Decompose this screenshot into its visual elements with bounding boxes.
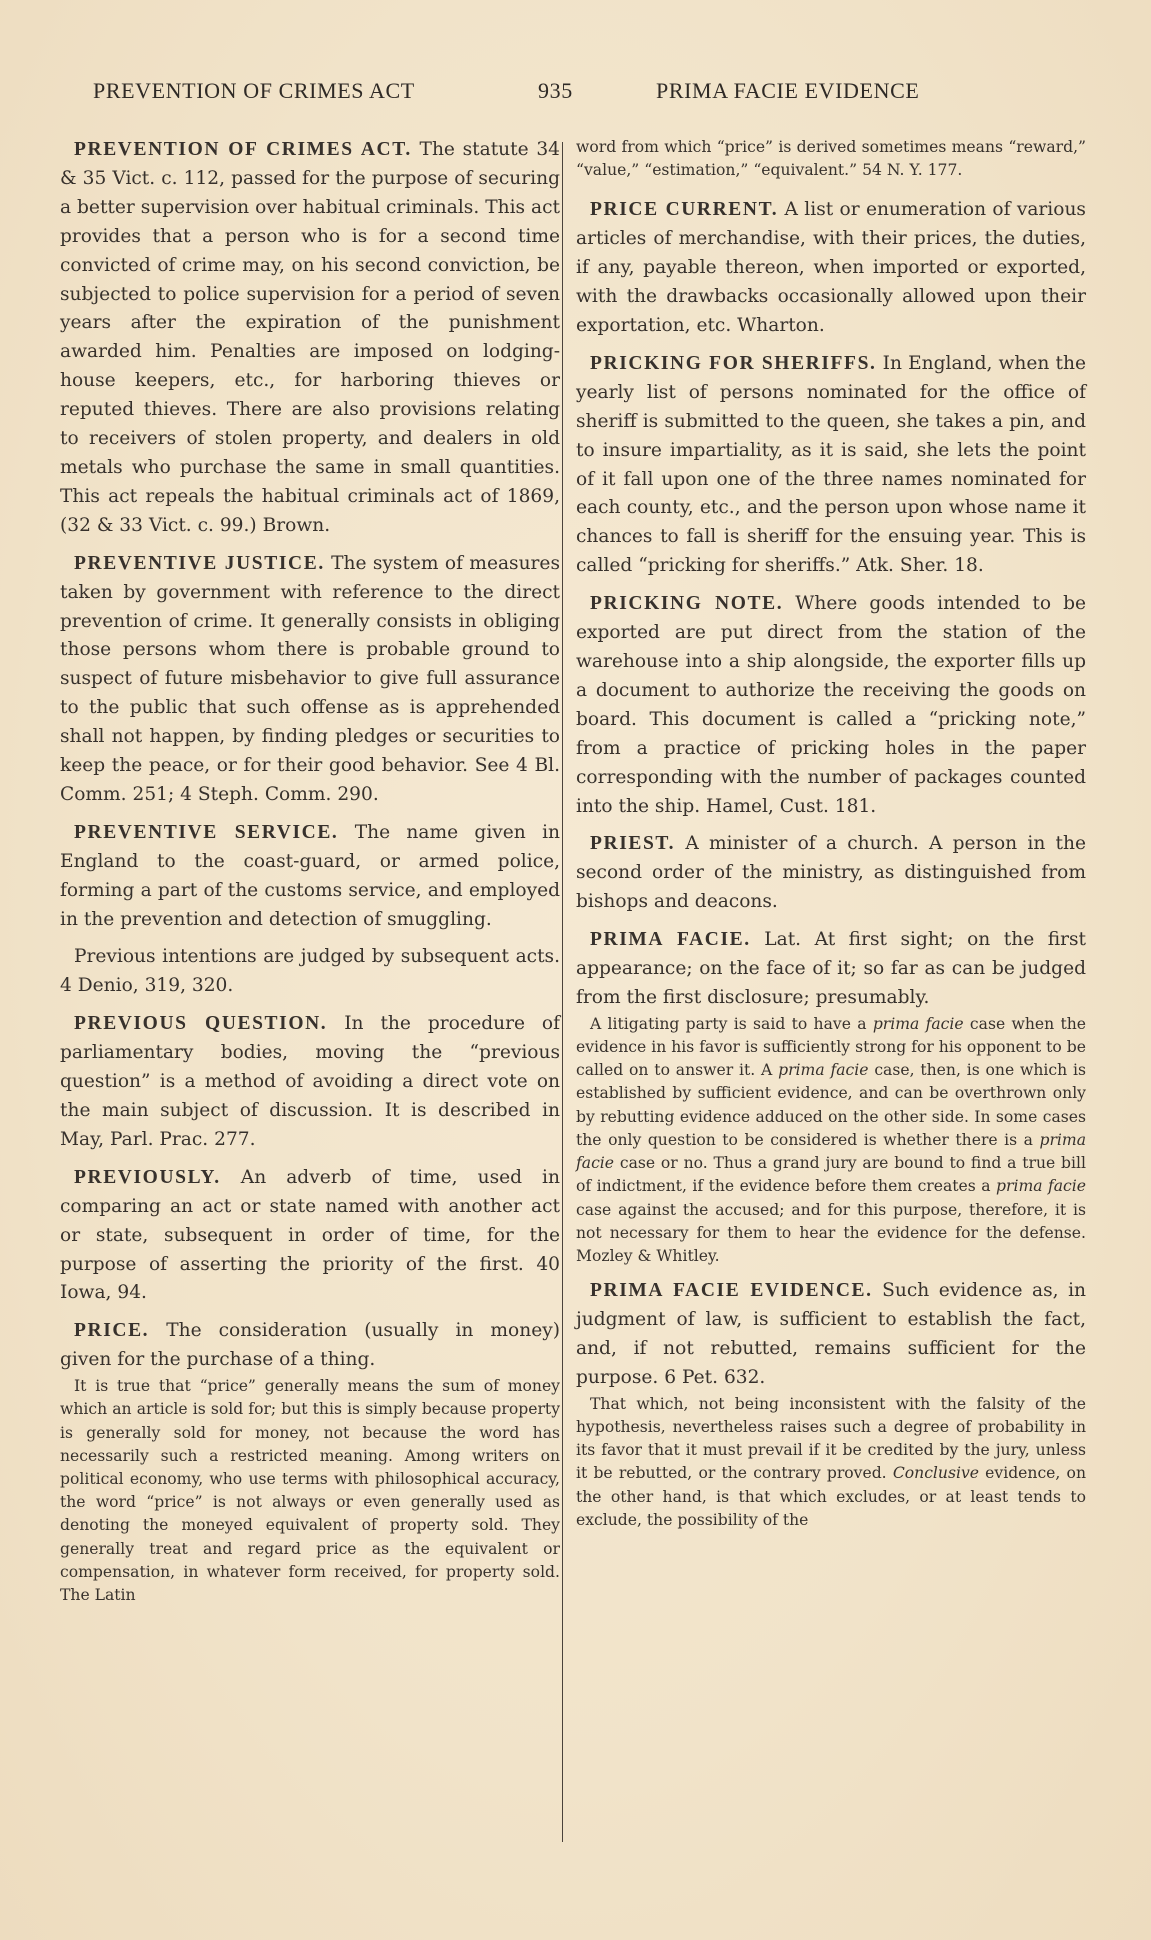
definition: The system of measures taken by governme…	[60, 553, 560, 805]
italic-term: prima facie	[778, 1061, 868, 1079]
entry-prima-facie: PRIMA FACIE. Lat. At first sight; on the…	[576, 926, 1086, 1268]
running-head: PREVENTION OF CRIMES ACT 935 PRIMA FACIE…	[0, 78, 1151, 108]
definition: The statute 34 & 35 Vict. c. 112, passed…	[60, 139, 560, 536]
column-divider	[562, 142, 563, 1842]
commentary-note: It is true that “price” generally means …	[60, 1375, 560, 1607]
entry-price-continued: word from which “price” is derived somet…	[576, 136, 1086, 182]
entry-previously: PREVIOUSLY. An adverb of time, used in c…	[60, 1164, 560, 1309]
definition: Previous intentions are judged by subseq…	[60, 946, 560, 996]
italic-term: prima facie	[873, 1015, 964, 1033]
headword: PRIMA FACIE EVIDENCE.	[590, 1280, 873, 1301]
headword: PRICKING NOTE.	[590, 593, 783, 614]
headword: PRICKING FOR SHERIFFS.	[590, 353, 876, 374]
italic-term: prima facie	[996, 1177, 1086, 1195]
headword: PREVIOUSLY.	[74, 1167, 221, 1188]
page-number: 935	[538, 78, 573, 104]
headword: PREVIOUS QUESTION.	[74, 1013, 327, 1034]
entry-preventive-service: PREVENTIVE SERVICE. The name given in En…	[60, 819, 560, 935]
running-head-right: PRIMA FACIE EVIDENCE	[656, 78, 919, 104]
headword: PRICE.	[74, 1320, 149, 1341]
commentary-note: That which, not being inconsistent with …	[576, 1393, 1086, 1532]
italic-term: Conclusive	[893, 1464, 979, 1482]
headword: PRIEST.	[590, 833, 675, 854]
note-text: A litigating party is said to have a	[590, 1015, 873, 1033]
commentary-note-continued: word from which “price” is derived somet…	[576, 136, 1086, 182]
right-column: word from which “price” is derived somet…	[576, 136, 1086, 1541]
headword: PRIMA FACIE.	[590, 929, 751, 950]
left-column: PREVENTION OF CRIMES ACT. The statute 34…	[60, 136, 560, 1616]
entry-prevention-of-crimes-act: PREVENTION OF CRIMES ACT. The statute 34…	[60, 136, 560, 541]
headword: PREVENTIVE JUSTICE.	[74, 553, 325, 574]
headword: PREVENTION OF CRIMES ACT.	[74, 139, 412, 160]
entry-price-current: PRICE CURRENT. A list or enumeration of …	[576, 196, 1086, 341]
definition: In England, when the yearly list of pers…	[576, 353, 1086, 576]
headword: PRICE CURRENT.	[590, 199, 778, 220]
note-text: case against the accused; and for this p…	[576, 1201, 1086, 1265]
entry-preventive-justice: PREVENTIVE JUSTICE. The system of measur…	[60, 550, 560, 810]
entry-pricking-note: PRICKING NOTE. Where goods intended to b…	[576, 590, 1086, 821]
running-head-left: PREVENTION OF CRIMES ACT	[93, 78, 415, 104]
entry-previous-intentions: Previous intentions are judged by subseq…	[60, 943, 560, 1001]
headword: PREVENTIVE SERVICE.	[74, 822, 338, 843]
definition: Where goods intended to be exported are …	[576, 593, 1086, 816]
entry-previous-question: PREVIOUS QUESTION. In the procedure of p…	[60, 1010, 560, 1155]
entry-prima-facie-evidence: PRIMA FACIE EVIDENCE. Such evidence as, …	[576, 1277, 1086, 1532]
entry-price: PRICE. The consideration (usually in mon…	[60, 1317, 560, 1607]
commentary-note: A litigating party is said to have a pri…	[576, 1013, 1086, 1268]
entry-pricking-for-sheriffs: PRICKING FOR SHERIFFS. In England, when …	[576, 350, 1086, 581]
entry-priest: PRIEST. A minister of a church. A person…	[576, 830, 1086, 917]
